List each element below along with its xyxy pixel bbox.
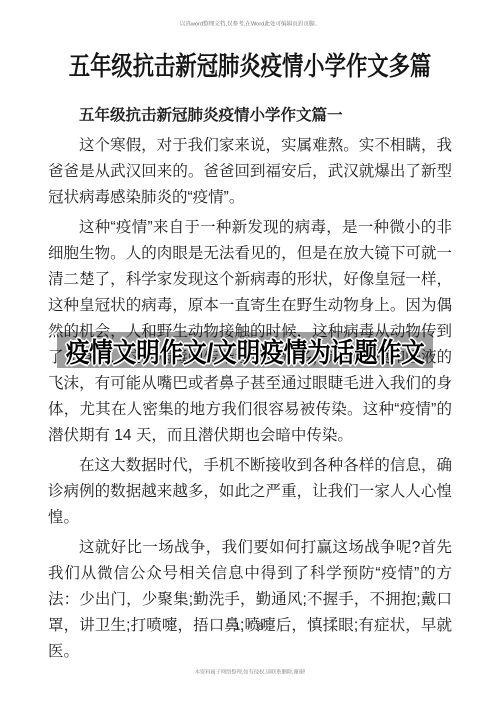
header-boilerplate-note: 以真word整理文档,仅参考,在Word此处可编辑页眉页脚。 [50, 20, 450, 28]
paragraph: 在这大数据时代，手机不断接收到各种各样的信息，确诊病例的数据越来越多，如此之严重… [48, 453, 452, 531]
document-title-text: 五年级抗击新冠肺炎疫情小学作文多篇 [69, 46, 431, 83]
watermark-text: 疫情文明作文/文明疫情为话题作文 [66, 331, 425, 370]
essay-section-heading: 五年级抗击新冠肺炎疫情小学作文篇一 [48, 103, 452, 129]
paragraph: 这就好比一场战争，我们要如何打赢这场战争呢?首先我们从微信公众号相关信息中得到了… [48, 535, 452, 665]
document-title: 五年级抗击新冠肺炎疫情小学作文多篇 [0, 46, 500, 83]
document-page: 以真word整理文档,仅参考,在Word此处可编辑页眉页脚。 五年级抗击新冠肺炎… [0, 0, 500, 707]
footer-boilerplate-note: 本资料属于网络整理,如有侵权,请联系删除,谢谢! [63, 668, 438, 676]
page-indicator: 1 / 8 [0, 621, 500, 633]
paragraph: 这个寒假，对于我们家来说，实属难熬。实不相瞒，我爸爸是从武汉回来的。爸爸回到福安… [48, 133, 452, 211]
document-body: 五年级抗击新冠肺炎疫情小学作文篇一 这个寒假，对于我们家来说，实属难熬。实不相瞒… [48, 103, 452, 669]
watermark-band: 疫情文明作文/文明疫情为话题作文 [57, 332, 433, 368]
